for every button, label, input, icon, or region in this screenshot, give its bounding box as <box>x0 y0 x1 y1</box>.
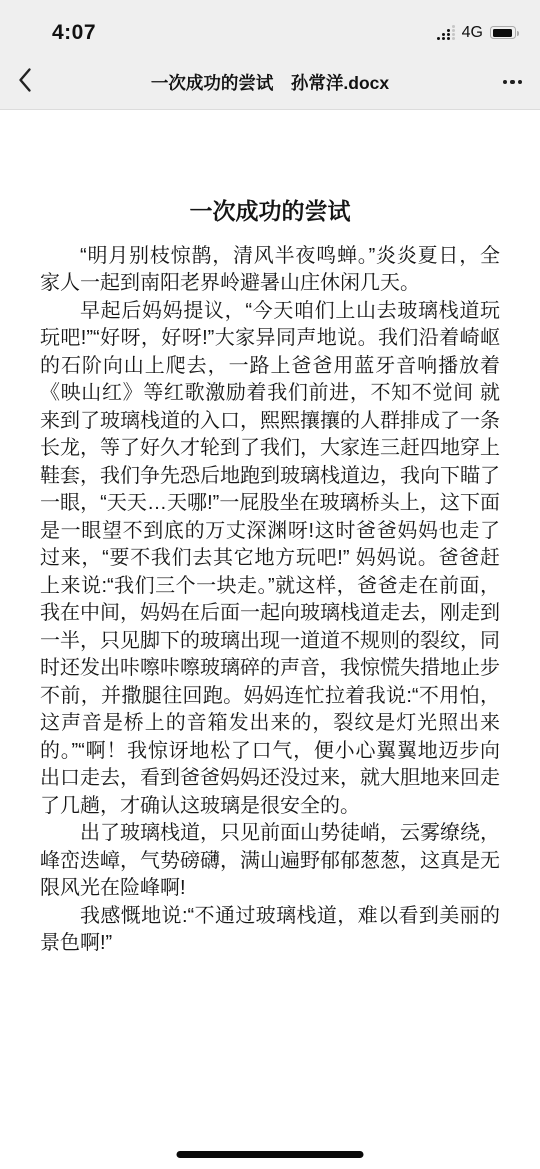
signal-bar-2 <box>442 33 445 40</box>
paragraph: 我感慨地说:“不通过玻璃栈道，难以看到美丽的景色啊!” <box>40 903 500 958</box>
chevron-left-icon <box>18 67 32 98</box>
status-icons: 4G <box>437 24 516 42</box>
app-chrome: 4:07 4G <box>0 0 540 110</box>
nav-bar: 一次成功的尝试 孙常洋.docx <box>0 55 540 109</box>
document-body: “明月别枝惊鹊，清风半夜鸣蝉。”炎炎夏日，全家人一起到南阳老界岭避暑山庄休闲几天… <box>40 243 500 958</box>
home-indicator[interactable] <box>177 1151 364 1158</box>
signal-bar-4 <box>452 25 455 40</box>
battery-nub <box>517 31 520 36</box>
more-button[interactable] <box>482 62 522 102</box>
paragraph: “明月别枝惊鹊，清风半夜鸣蝉。”炎炎夏日，全家人一起到南阳老界岭避暑山庄休闲几天… <box>40 243 500 298</box>
back-button[interactable] <box>18 62 58 102</box>
network-type-label: 4G <box>462 24 483 42</box>
cellular-signal-icon <box>437 25 455 40</box>
phone-screen: 4:07 4G <box>0 0 540 1169</box>
more-icon <box>503 80 523 85</box>
battery-fill <box>493 29 512 37</box>
signal-bar-1 <box>437 37 440 40</box>
battery-icon <box>490 26 516 39</box>
document-heading: 一次成功的尝试 <box>40 198 500 226</box>
status-time: 4:07 <box>52 21 96 45</box>
status-bar: 4:07 4G <box>0 0 540 55</box>
signal-bar-3 <box>447 29 450 40</box>
document-view[interactable]: 一次成功的尝试 “明月别枝惊鹊，清风半夜鸣蝉。”炎炎夏日，全家人一起到南阳老界岭… <box>0 110 540 1169</box>
document-file-title: 一次成功的尝试 孙常洋.docx <box>58 70 482 95</box>
paragraph: 出了玻璃栈道，只见前面山势徒峭，云雾缭绕，峰峦迭嶂，气势磅礴，满山遍野郁郁葱葱，… <box>40 820 500 903</box>
paragraph: 早起后妈妈提议，“今天咱们上山去玻璃栈道玩玩吧!”“好呀，好呀!”大家异同声地说… <box>40 298 500 821</box>
